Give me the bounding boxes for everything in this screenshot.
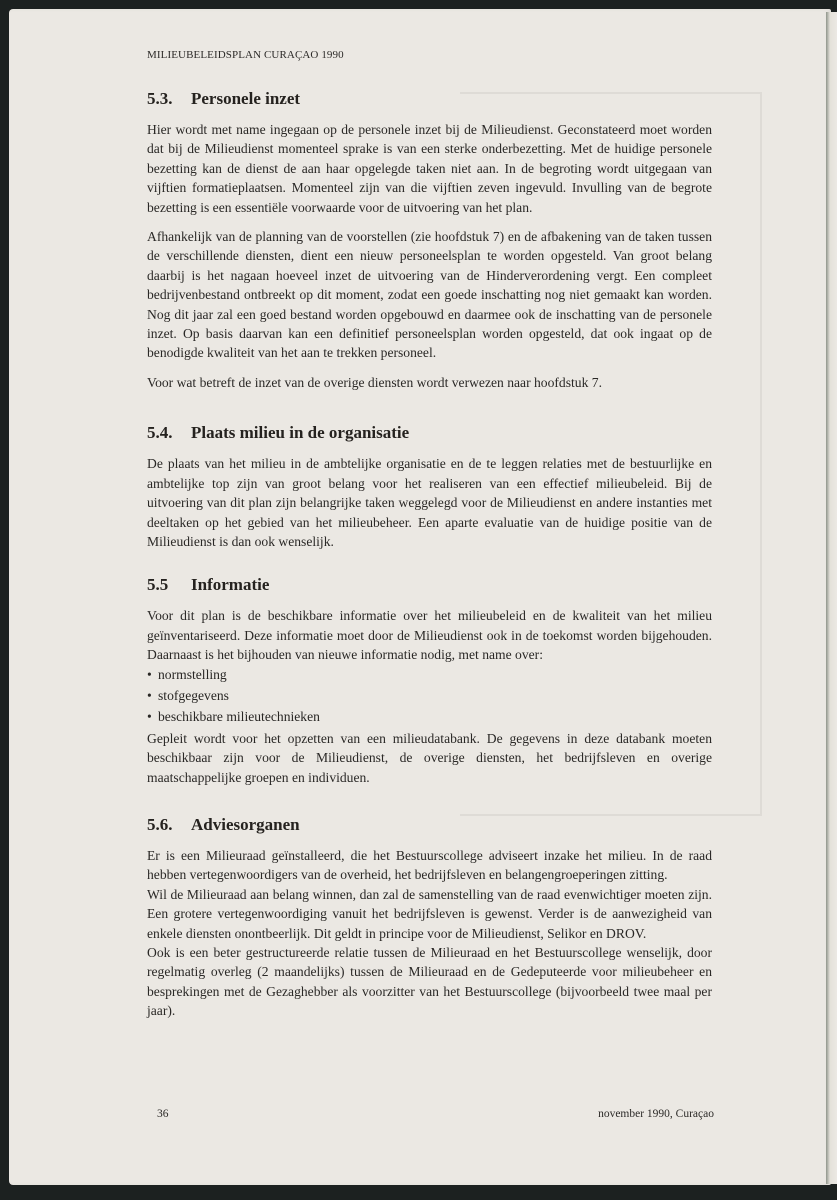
list-item: •beschikbare milieutechnieken xyxy=(147,707,712,726)
section-plaats-milieu: 5.4.Plaats milieu in de organisatie De p… xyxy=(147,423,712,551)
bullet-list: •normstelling •stofgegevens •beschikbare… xyxy=(147,665,712,727)
paragraph: Wil de Milieuraad aan belang winnen, dan… xyxy=(147,885,712,943)
page-edge xyxy=(826,12,837,1184)
paragraph: Afhankelijk van de planning van de voors… xyxy=(147,227,712,363)
bullet-icon: • xyxy=(147,665,152,684)
bullet-icon: • xyxy=(147,707,152,726)
page-footer: 36 november 1990, Curaçao xyxy=(157,1108,714,1120)
section-heading: 5.5Informatie xyxy=(147,575,712,595)
section-heading: 5.4.Plaats milieu in de organisatie xyxy=(147,423,712,443)
section-heading: 5.3.Personele inzet xyxy=(147,89,712,109)
section-number: 5.4. xyxy=(147,423,191,443)
section-title: Informatie xyxy=(191,575,269,594)
section-personele-inzet: 5.3.Personele inzet Hier wordt met name … xyxy=(147,89,712,392)
paragraph: Voor dit plan is de beschikbare informat… xyxy=(147,606,712,664)
paragraph: De plaats van het milieu in de ambtelijk… xyxy=(147,454,712,551)
section-title: Personele inzet xyxy=(191,89,300,108)
section-title: Adviesorganen xyxy=(191,815,300,834)
paragraph: Ook is een beter gestructureerde relatie… xyxy=(147,943,712,1021)
list-item: •stofgegevens xyxy=(147,686,712,705)
page-content: MILIEUBELEIDSPLAN CURAÇAO 1990 5.3.Perso… xyxy=(147,48,712,1021)
paragraph: Hier wordt met name ingegaan op de perso… xyxy=(147,120,712,217)
bullet-icon: • xyxy=(147,686,152,705)
running-head: MILIEUBELEIDSPLAN CURAÇAO 1990 xyxy=(147,48,712,62)
paragraph: Voor wat betreft de inzet van de overige… xyxy=(147,373,712,392)
section-title: Plaats milieu in de organisatie xyxy=(191,423,409,442)
footer-date-place: november 1990, Curaçao xyxy=(598,1108,714,1120)
section-heading: 5.6.Adviesorganen xyxy=(147,815,712,835)
section-number: 5.5 xyxy=(147,575,191,595)
section-informatie: 5.5Informatie Voor dit plan is de beschi… xyxy=(147,575,712,787)
section-number: 5.6. xyxy=(147,815,191,835)
section-number: 5.3. xyxy=(147,89,191,109)
page-number: 36 xyxy=(157,1108,169,1120)
section-adviesorganen: 5.6.Adviesorganen Er is een Milieuraad g… xyxy=(147,815,712,1021)
list-item: •normstelling xyxy=(147,665,712,684)
paragraph: Er is een Milieuraad geïnstalleerd, die … xyxy=(147,846,712,885)
paragraph: Gepleit wordt voor het opzetten van een … xyxy=(147,729,712,787)
